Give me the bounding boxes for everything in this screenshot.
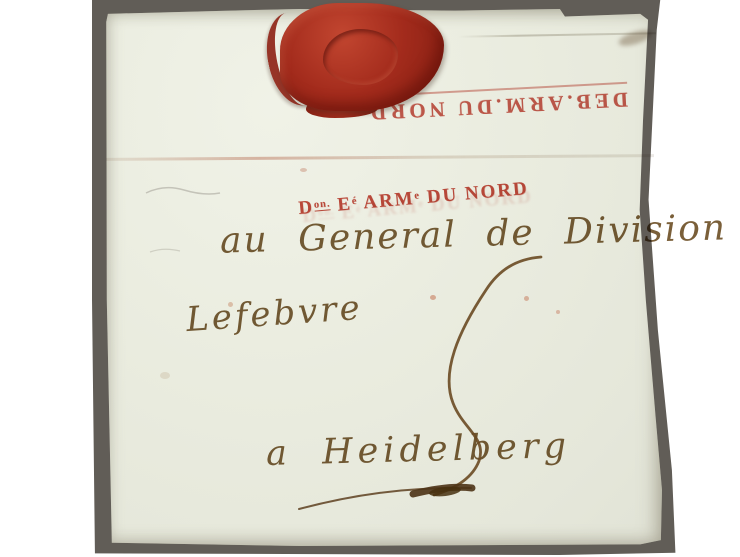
postmark-seg-on: on. [313, 198, 331, 211]
stain-spot [430, 295, 436, 300]
postmark-seg-e-sup: é [351, 196, 358, 207]
postmark-seg-arm-sup: e [414, 190, 421, 201]
letter-photo: DEB.ARM.DU NORD Don. Eé ARMe DU NORD Don… [0, 0, 740, 557]
postmark-seg-arm: ARM [362, 188, 415, 213]
stain-spot [524, 296, 529, 301]
stain-spot [300, 168, 307, 172]
stain-spot [160, 372, 170, 379]
address-line-heidelberg: a Heidelberg [266, 426, 572, 474]
postmark-seg-d: D [297, 197, 315, 219]
stain-spot [556, 310, 560, 314]
